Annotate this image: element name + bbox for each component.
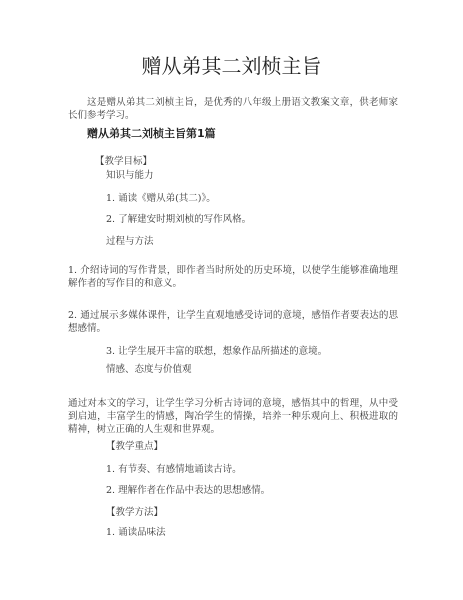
key-point-item: 1. 有节奏、有感情地诵读古诗。 xyxy=(106,463,242,476)
key-point-item: 2. 理解作者在作品中表达的思想感情。 xyxy=(106,484,270,497)
method-item: 1. 诵读品味法 xyxy=(106,526,166,539)
key-points-label: 【教学重点】 xyxy=(106,440,163,453)
emotion-label: 情感、态度与价值观 xyxy=(106,363,192,376)
section-heading: 赠从弟其二刘桢主旨第1篇 xyxy=(87,127,216,140)
process-label: 过程与方法 xyxy=(106,235,154,248)
intro-paragraph: 这是赠从弟其二刘桢主旨，是优秀的八年级上册语文教案文章，供老师家长们参考学习。 xyxy=(68,96,398,122)
methods-label: 【教学方法】 xyxy=(106,506,163,519)
knowledge-label: 知识与能力 xyxy=(106,169,154,182)
process-item: 2. 通过展示多媒体课件，让学生直观地感受诗词的意境，感悟作者要表达的思想感情。 xyxy=(68,309,398,335)
teaching-goals-label: 【教学目标】 xyxy=(95,155,152,168)
knowledge-item: 2. 了解建安时期刘桢的写作风格。 xyxy=(106,213,251,226)
process-item: 3. 让学生展开丰富的联想，想象作品所描述的意境。 xyxy=(106,345,327,358)
emotion-paragraph: 通过对本文的学习，让学生学习分析古诗词的意境，感悟其中的哲理，从中受到启迪，丰富… xyxy=(68,397,398,436)
process-item: 1. 介绍诗词的写作背景，即作者当时所处的历史环境，以使学生能够准确地理解作者的… xyxy=(68,264,398,290)
page-title: 赠从弟其二刘桢主旨 xyxy=(0,50,463,79)
knowledge-item: 1. 诵读《赠从弟(其二)》。 xyxy=(106,192,216,205)
